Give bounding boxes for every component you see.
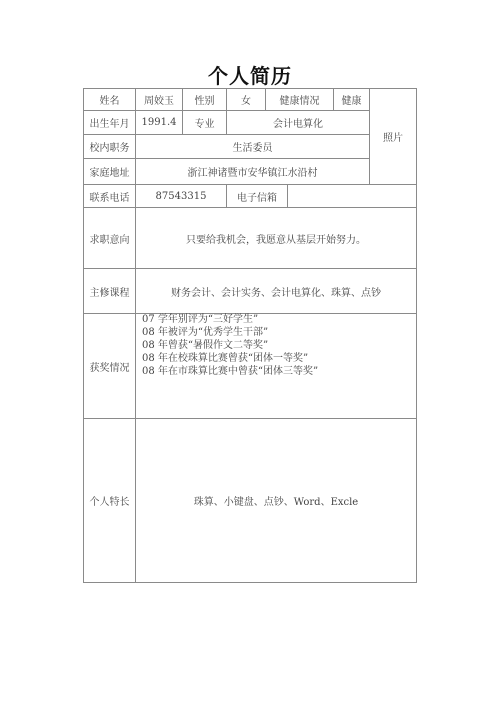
objective-value: 只要给我机会，我愿意从基层开始努力。 (136, 208, 416, 268)
birth-value: 1991.4 (136, 111, 182, 134)
awards-list: 07 学年别评为“三好学生” 08 年被评为“优秀学生干部” 08 年曾获“暑假… (142, 313, 318, 378)
courses-label: 主修课程 (84, 269, 135, 313)
email-value (288, 185, 416, 207)
award-item: 08 年在校珠算比赛曾获“团体一等奖” (142, 352, 318, 365)
school-role-label: 校内职务 (84, 135, 135, 158)
major-label: 专业 (183, 111, 226, 134)
courses-value: 财务会计、会计实务、会计电算化、珠算、点钞 (136, 269, 416, 313)
photo-placeholder: 照片 (370, 89, 416, 184)
email-label: 电子信箱 (227, 185, 287, 207)
award-item: 08 年曾获“暑假作文二等奖” (142, 339, 318, 352)
skills-value: 珠算、小键盘、点钞、Word、Excle (136, 419, 416, 582)
gender-value: 女 (227, 89, 265, 110)
name-label: 姓名 (84, 89, 135, 110)
phone-label: 联系电话 (84, 185, 135, 207)
award-item: 07 学年别评为“三好学生” (142, 313, 318, 326)
birth-label: 出生年月 (84, 111, 135, 134)
gender-label: 性别 (183, 89, 226, 110)
page-title: 个人简历 (0, 60, 500, 89)
awards-label: 获奖情况 (84, 314, 135, 418)
address-value: 浙江神诸暨市安华镇江水沿村 (136, 159, 369, 184)
award-item: 08 年在市珠算比赛中曾获“团体三等奖” (142, 365, 318, 378)
table-border-right (416, 88, 417, 583)
school-role-value: 生活委员 (136, 135, 369, 158)
objective-label: 求职意向 (84, 208, 135, 268)
award-item: 08 年被评为“优秀学生干部” (142, 326, 318, 339)
address-label: 家庭地址 (84, 159, 135, 184)
health-label: 健康情况 (266, 89, 333, 110)
health-value: 健康 (334, 89, 369, 110)
table-border-bottom (83, 582, 417, 583)
major-value: 会计电算化 (227, 111, 369, 134)
name-value: 周姣玉 (136, 89, 182, 110)
skills-label: 个人特长 (84, 419, 135, 582)
phone-value: 87543315 (136, 185, 226, 207)
